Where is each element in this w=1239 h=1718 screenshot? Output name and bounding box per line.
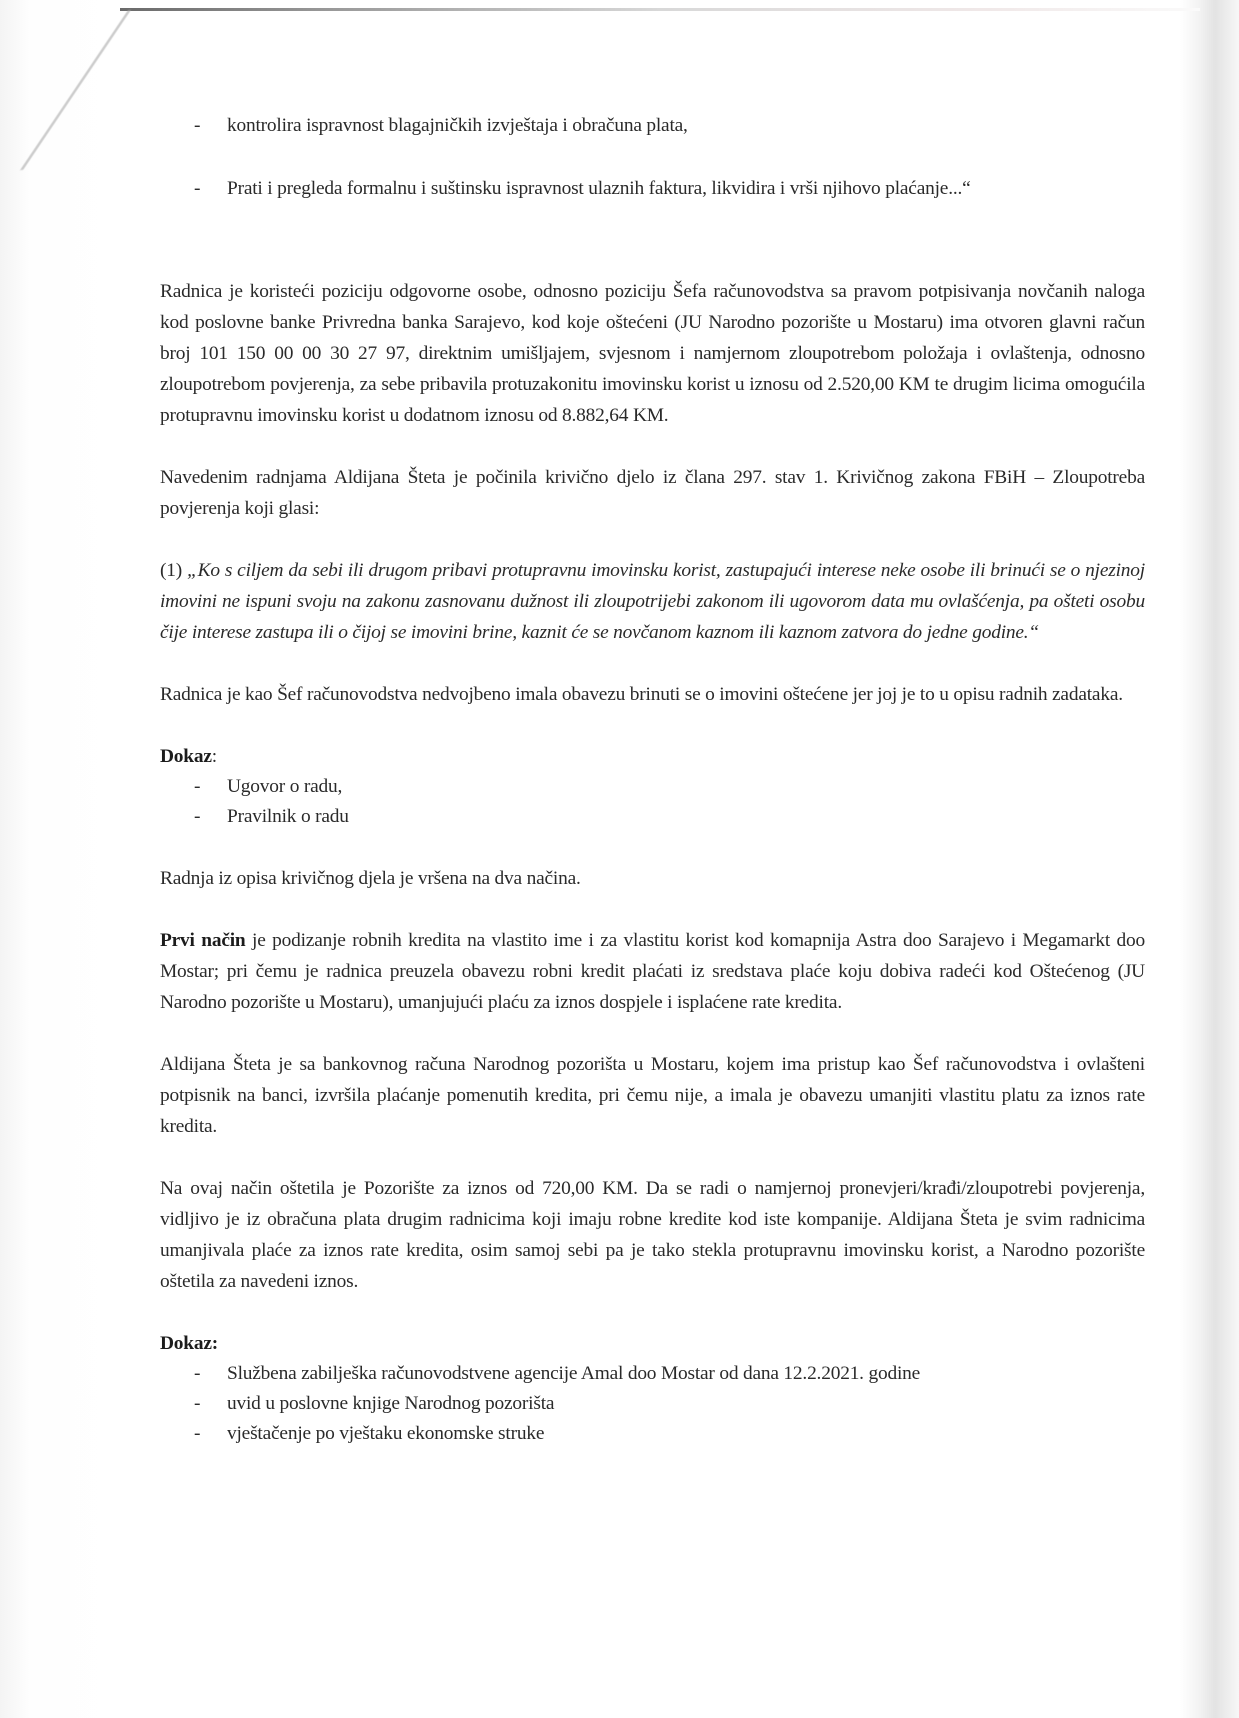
evidence-heading: Dokaz <box>160 746 212 767</box>
scanned-page: -kontrolira ispravnost blagajničkih izvj… <box>0 0 1239 1718</box>
evidence-section-2: Dokaz: -Službena zabilješka računovodstv… <box>160 1328 1145 1449</box>
list-item: -Službena zabilješka računovodstvene age… <box>160 1359 1145 1389</box>
list-item: -Ugovor o radu, <box>160 772 1145 802</box>
list-item: -Prati i pregleda formalnu i suštinsku i… <box>160 173 1145 204</box>
evidence-list: -Ugovor o radu, -Pravilnik o radu <box>160 772 1145 832</box>
law-quote: (1) „Ko s ciljem da sebi ili drugom prib… <box>160 555 1145 648</box>
evidence-heading: Dokaz: <box>160 1333 218 1354</box>
evidence-section-1: Dokaz: -Ugovor o radu, -Pravilnik o radu <box>160 741 1145 832</box>
duties-list: -kontrolira ispravnost blagajničkih izvj… <box>160 110 1145 204</box>
list-item: -kontrolira ispravnost blagajničkih izvj… <box>160 110 1145 141</box>
paragraph-payments: Aldijana Šteta je sa bankovnog računa Na… <box>160 1049 1145 1142</box>
paragraph-obligation: Radnica je kao Šef računovodstva nedvojb… <box>160 679 1145 710</box>
paragraph-damage: Na ovaj način oštetila je Pozorište za i… <box>160 1173 1145 1297</box>
evidence-list: -Službena zabilješka računovodstvene age… <box>160 1359 1145 1449</box>
list-item: -uvid u poslovne knjige Narodnog pozoriš… <box>160 1389 1145 1419</box>
paragraph-first-way: Prvi način je podizanje robnih kredita n… <box>160 925 1145 1018</box>
document-body: -kontrolira ispravnost blagajničkih izvj… <box>160 110 1145 1449</box>
list-item: -vještačenje po vještaku ekonomske struk… <box>160 1419 1145 1449</box>
paragraph-two-ways: Radnja iz opisa krivičnog djela je vršen… <box>160 863 1145 894</box>
page-top-edge <box>120 8 1200 11</box>
list-item: -Pravilnik o radu <box>160 802 1145 832</box>
folded-corner <box>0 10 131 170</box>
paragraph-abuse-description: Radnica je koristeći poziciju odgovorne … <box>160 276 1145 431</box>
paragraph-criminal-act: Navedenim radnjama Aldijana Šteta je poč… <box>160 462 1145 524</box>
